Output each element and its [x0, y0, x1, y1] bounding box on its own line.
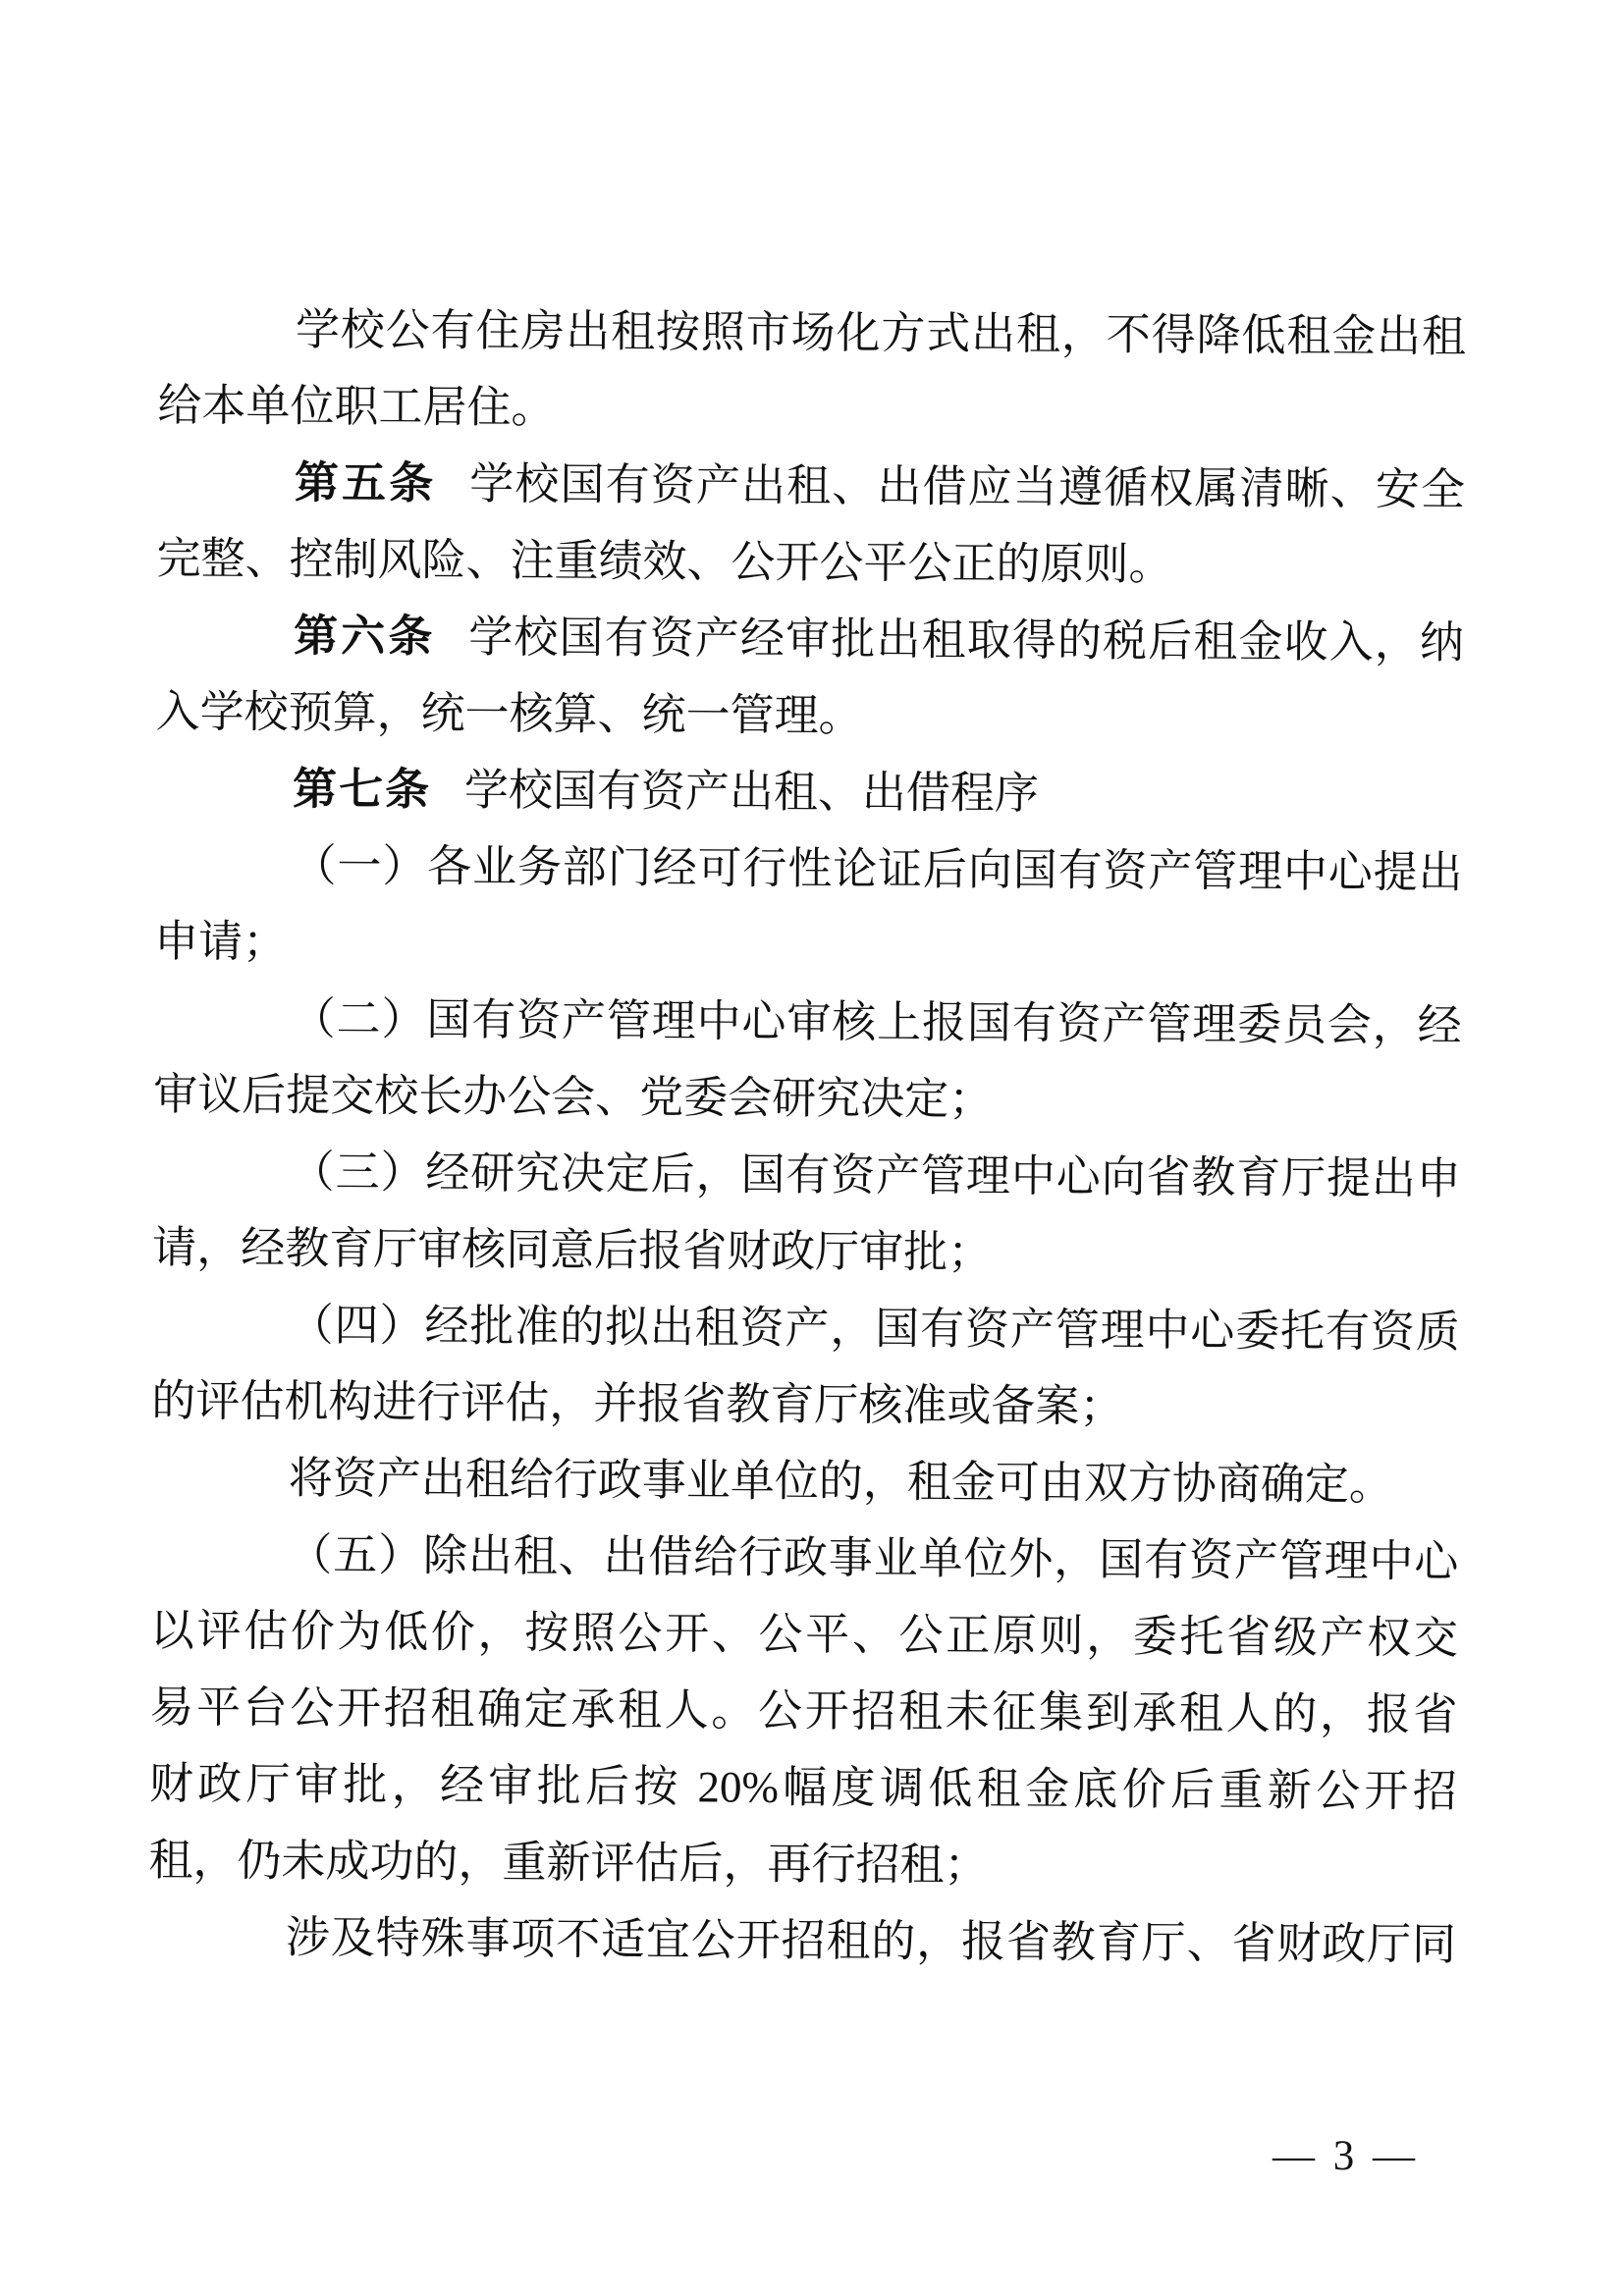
text-line: 涉及特殊事项不适宜公开招租的，报省教育厅、省财政厅同	[148, 1898, 1456, 1983]
paragraph-article-5: 第五条学校国有资产出租、出借应当遵循权属清晰、安全 完整、控制风险、注重绩效、公…	[156, 444, 1465, 605]
text-line: 第六条学校国有资产经审批出租取得的税后租金收入，纳	[156, 597, 1464, 681]
line-text: 租，仍未成功的，重新评估后，再行招租；	[148, 1836, 988, 1890]
text-line: （二）国有资产管理中心审核上报国有资产管理委员会，经	[153, 980, 1461, 1064]
paragraph-article-7: 第七条学校国有资产出租、出借程序	[155, 750, 1463, 834]
text-line: 第五条学校国有资产出租、出借应当遵循权属清晰、安全	[157, 444, 1465, 528]
text-line: （一）各业务部门经可行性论证后向国有资产管理中心提出	[154, 827, 1462, 911]
page-number: — 3 —	[1272, 2132, 1419, 2181]
line-text: 易平台公开招租确定承租人。公开招租未征集到承租人的，报省	[149, 1682, 1457, 1739]
text-line: 审议后提交校长办公会、党委会研究决定；	[153, 1056, 1461, 1141]
text-line: 以评估价为低价，按照公开、公平、公正原则，委托省级产权交	[150, 1592, 1458, 1677]
line-text: （五）除出租、出借给行政事业单位外，国有资产管理中心	[288, 1530, 1458, 1586]
text-line: 财政厅审批，经审批后按 20%幅度调低租金底价后重新公开招	[149, 1745, 1457, 1830]
line-text: （四）经批准的拟出租资产，国有资产管理中心委托有资质	[290, 1301, 1460, 1357]
article-number-label: 第六条	[294, 612, 436, 662]
line-text: 入学校预算，统一核算、统一管理。	[155, 687, 862, 740]
paragraph: 学校公有住房出租按照市场化方式出租，不得降低租金出租 给本单位职工居住。	[157, 291, 1466, 452]
paragraph-item-1: （一）各业务部门经可行性论证后向国有资产管理中心提出 申请；	[154, 827, 1463, 988]
text-line: 申请；	[154, 903, 1462, 988]
line-text: 学校国有资产经审批出租取得的税后租金收入，纳	[468, 613, 1464, 667]
text-line: （三）经研究决定后，国有资产管理中心向省教育厅提出申	[152, 1133, 1460, 1217]
paragraph-article-6: 第六条学校国有资产经审批出租取得的税后租金收入，纳 入学校预算，统一核算、统一管…	[155, 597, 1464, 758]
text-line: 第七条学校国有资产出租、出借程序	[155, 750, 1463, 834]
line-text: 完整、控制风险、注重绩效、公开公平公正的原则。	[156, 534, 1172, 589]
article-number-label: 第五条	[295, 458, 437, 508]
paragraph-item-2: （二）国有资产管理中心审核上报国有资产管理委员会，经 审议后提交校长办公会、党委…	[153, 980, 1462, 1141]
line-text: 给本单位职工居住。	[157, 381, 555, 432]
article-number-label: 第七条	[293, 765, 431, 815]
line-text: 学校公有住房出租按照市场化方式出租，不得降低租金出租	[296, 305, 1466, 361]
line-text: 财政厅审批，经审批后按 20%幅度调低租金底价后重新公开招	[149, 1759, 1457, 1816]
line-text: 申请；	[154, 917, 287, 967]
paragraph-item-4: （四）经批准的拟出租资产，国有资产管理中心委托有资质 的评估机构进行评估，并报省…	[151, 1286, 1460, 1447]
line-text: （二）国有资产管理中心审核上报国有资产管理委员会，经	[292, 994, 1462, 1050]
text-line: 给本单位职工居住。	[157, 367, 1465, 452]
document-page: 学校公有住房出租按照市场化方式出租，不得降低租金出租 给本单位职工居住。 第五条…	[0, 0, 1624, 2296]
text-line: 易平台公开招租确定承租人。公开招租未征集到承租人的，报省	[149, 1669, 1457, 1753]
text-line: （四）经批准的拟出租资产，国有资产管理中心委托有资质	[152, 1286, 1460, 1370]
text-line: 租，仍未成功的，重新评估后，再行招租；	[148, 1822, 1456, 1906]
line-text: 请，经教育厅审核同意后报省财政厅审批；	[152, 1223, 992, 1277]
line-text: 涉及特殊事项不适宜公开招租的，报省教育厅、省财政厅同	[286, 1913, 1456, 1969]
text-line: 请，经教育厅审核同意后报省财政厅审批；	[152, 1209, 1460, 1294]
line-text: （一）各业务部门经可行性论证后向国有资产管理中心提出	[292, 841, 1462, 897]
paragraph: 涉及特殊事项不适宜公开招租的，报省教育厅、省财政厅同	[148, 1898, 1456, 1983]
text-line: 的评估机构进行评估，并报省教育厅核准或备案；	[151, 1362, 1459, 1447]
paragraph-item-3: （三）经研究决定后，国有资产管理中心向省教育厅提出申 请，经教育厅审核同意后报省…	[152, 1133, 1461, 1294]
line-text: 审议后提交校长办公会、党委会研究决定；	[153, 1070, 993, 1124]
line-text: 的评估机构进行评估，并报省教育厅核准或备案；	[151, 1376, 1123, 1431]
line-text: 将资产出租给行政事业单位的，租金可由双方协商确定。	[289, 1454, 1393, 1510]
text-line: 将资产出租给行政事业单位的，租金可由双方协商确定。	[151, 1439, 1459, 1523]
text-line: 完整、控制风险、注重绩效、公开公平公正的原则。	[156, 520, 1464, 605]
text-line: （五）除出租、出借给行政事业单位外，国有资产管理中心	[150, 1516, 1458, 1600]
paragraph: 将资产出租给行政事业单位的，租金可由双方协商确定。	[151, 1439, 1459, 1523]
document-body: 学校公有住房出租按照市场化方式出租，不得降低租金出租 给本单位职工居住。 第五条…	[148, 291, 1466, 1983]
line-text: （三）经研究决定后，国有资产管理中心向省教育厅提出申	[291, 1148, 1461, 1203]
paragraph-item-5: （五）除出租、出借给行政事业单位外，国有资产管理中心 以评估价为低价，按照公开、…	[148, 1516, 1458, 1906]
line-text: 学校国有资产出租、出借应当遵循权属清晰、安全	[469, 459, 1465, 514]
text-line: 入学校预算，统一核算、统一管理。	[155, 673, 1463, 758]
text-line: 学校公有住房出租按照市场化方式出租，不得降低租金出租	[158, 291, 1466, 375]
line-text: 学校国有资产出租、出借程序	[464, 766, 1039, 819]
line-text: 以评估价为低价，按照公开、公平、公正原则，委托省级产权交	[150, 1606, 1458, 1663]
